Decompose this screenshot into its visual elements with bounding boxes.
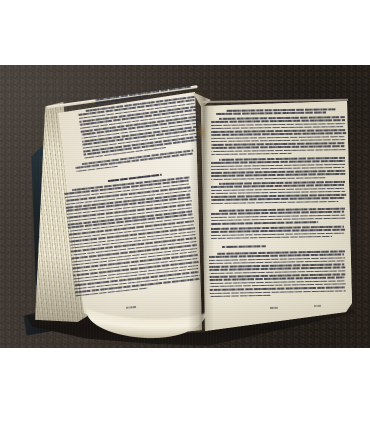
- right-page-paragraph: [209, 250, 346, 299]
- text-line: [211, 177, 325, 180]
- right-page-page-number: [313, 305, 322, 308]
- text-line: [270, 307, 278, 309]
- top-margin: [0, 0, 370, 65]
- book-photo: [0, 65, 370, 348]
- right-page-page-number: [268, 307, 280, 310]
- text-line: [211, 236, 332, 240]
- screenshot: [0, 0, 370, 423]
- text-line: [211, 153, 291, 156]
- text-line: [210, 290, 346, 294]
- bottom-margin: [0, 348, 370, 423]
- right-page-paragraph: [211, 208, 345, 227]
- text-line: [216, 112, 326, 115]
- right-page-paragraph: [211, 157, 345, 182]
- right-page-paragraph: [211, 226, 345, 242]
- right-page-paragraph: [211, 181, 345, 206]
- text-line: [314, 305, 320, 307]
- text-line: [211, 221, 318, 224]
- text-line: [126, 306, 136, 308]
- left-page-paragraph: [64, 176, 201, 298]
- text-line: [211, 218, 345, 222]
- text-line: [211, 149, 345, 152]
- text-line: [210, 295, 271, 298]
- right-page-paragraph: [211, 116, 346, 157]
- text-line: [222, 245, 266, 247]
- text-line: [211, 201, 338, 204]
